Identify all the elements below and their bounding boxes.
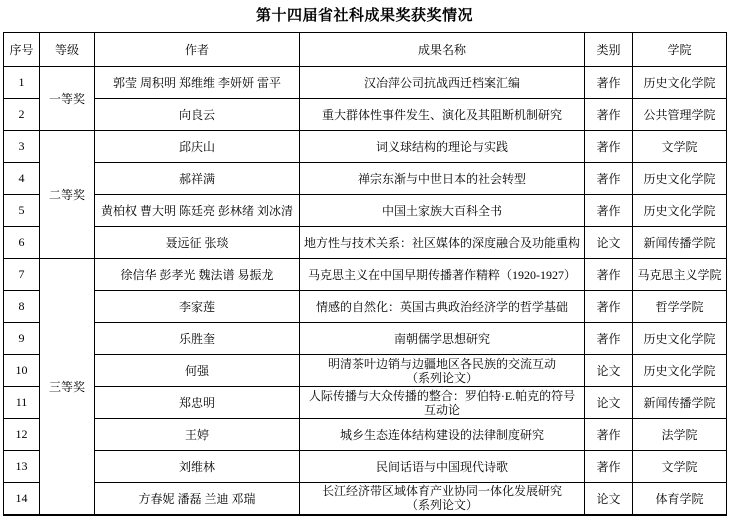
- cell-work: 词义球结构的理论与实践: [300, 131, 585, 163]
- table-row: 8 李家莲 情感的自然化：英国古典政治经济学的哲学基础 著作 哲学学院: [4, 291, 727, 323]
- table-row: 12 王婷 城乡生态连体结构建设的法律制度研究 著作 法学院: [4, 419, 727, 451]
- cell-authors: 向良云: [95, 99, 300, 131]
- awards-table: 序号 等级 作者 成果名称 类别 学院 1 一等奖 郭莹 周积明 郑维维 李妍妍…: [3, 32, 727, 516]
- header-no: 序号: [4, 33, 40, 67]
- cell-grade: 三等奖: [40, 259, 95, 515]
- cell-category: 论文: [585, 227, 633, 259]
- cell-authors: 黄柏权 曹大明 陈廷亮 彭林绪 刘冰清: [95, 195, 300, 227]
- cell-category: 论文: [585, 387, 633, 419]
- cell-category: 著作: [585, 259, 633, 291]
- cell-authors: 方春妮 潘磊 兰迪 邓瑞: [95, 483, 300, 515]
- cell-category: 论文: [585, 483, 633, 515]
- cell-college: 马克思主义学院: [633, 259, 727, 291]
- cell-category: 著作: [585, 323, 633, 355]
- header-work: 成果名称: [300, 33, 585, 67]
- cell-no: 5: [4, 195, 40, 227]
- cell-work: 城乡生态连体结构建设的法律制度研究: [300, 419, 585, 451]
- cell-no: 6: [4, 227, 40, 259]
- table-header: 序号 等级 作者 成果名称 类别 学院: [4, 33, 727, 67]
- cell-grade: 一等奖: [40, 67, 95, 131]
- cell-work: 明清茶叶边销与边疆地区各民族的交流互动 （系列论文）: [300, 355, 585, 387]
- cell-college: 体育学院: [633, 483, 727, 515]
- cell-authors: 刘维林: [95, 451, 300, 483]
- cell-category: 著作: [585, 451, 633, 483]
- cell-no: 13: [4, 451, 40, 483]
- table-row: 4 郝祥满 禅宗东渐与中世日本的社会转型 著作 历史文化学院: [4, 163, 727, 195]
- table-row: 11 郑忠明 人际传播与大众传播的整合：罗伯特·E.帕克的符号 互动论 论文 新…: [4, 387, 727, 419]
- cell-work: 情感的自然化：英国古典政治经济学的哲学基础: [300, 291, 585, 323]
- cell-work: 汉冶萍公司抗战西迁档案汇编: [300, 67, 585, 99]
- cell-grade: 二等奖: [40, 131, 95, 259]
- cell-no: 8: [4, 291, 40, 323]
- cell-work: 中国土家族大百科全书: [300, 195, 585, 227]
- table-row: 13 刘维林 民间话语与中国现代诗歌 著作 文学院: [4, 451, 727, 483]
- cell-work: 民间话语与中国现代诗歌: [300, 451, 585, 483]
- cell-no: 3: [4, 131, 40, 163]
- cell-authors: 郑忠明: [95, 387, 300, 419]
- table-row: 14 方春妮 潘磊 兰迪 邓瑞 长江经济带区域体育产业协同一体化发展研究 （系列…: [4, 483, 727, 515]
- header-category: 类别: [585, 33, 633, 67]
- cell-authors: 王婷: [95, 419, 300, 451]
- cell-work: 人际传播与大众传播的整合：罗伯特·E.帕克的符号 互动论: [300, 387, 585, 419]
- cell-college: 新闻传播学院: [633, 227, 727, 259]
- cell-no: 7: [4, 259, 40, 291]
- cell-work: 南朝儒学思想研究: [300, 323, 585, 355]
- cell-category: 著作: [585, 99, 633, 131]
- cell-college: 历史文化学院: [633, 195, 727, 227]
- table-row: 6 聂远征 张琰 地方性与技术关系：社区媒体的深度融合及功能重构 论文 新闻传播…: [4, 227, 727, 259]
- cell-authors: 郝祥满: [95, 163, 300, 195]
- cell-no: 4: [4, 163, 40, 195]
- cell-work: 地方性与技术关系：社区媒体的深度融合及功能重构: [300, 227, 585, 259]
- table-row: 7 三等奖 徐信华 彭孝光 魏法谱 易振龙 马克思主义在中国早期传播著作精粹（1…: [4, 259, 727, 291]
- cell-no: 10: [4, 355, 40, 387]
- table-row: 1 一等奖 郭莹 周积明 郑维维 李妍妍 雷平 汉冶萍公司抗战西迁档案汇编 著作…: [4, 67, 727, 99]
- cell-authors: 何强: [95, 355, 300, 387]
- page-title: 第十四届省社科成果奖获奖情况: [0, 7, 729, 25]
- cell-no: 14: [4, 483, 40, 515]
- cell-category: 著作: [585, 419, 633, 451]
- header-grade: 等级: [40, 33, 95, 67]
- cell-category: 著作: [585, 131, 633, 163]
- table-row: 9 乐胜奎 南朝儒学思想研究 著作 历史文化学院: [4, 323, 727, 355]
- cell-college: 哲学学院: [633, 291, 727, 323]
- table-row: 10 何强 明清茶叶边销与边疆地区各民族的交流互动 （系列论文） 论文 历史文化…: [4, 355, 727, 387]
- cell-category: 著作: [585, 163, 633, 195]
- cell-authors: 徐信华 彭孝光 魏法谱 易振龙: [95, 259, 300, 291]
- cell-authors: 邱庆山: [95, 131, 300, 163]
- cell-no: 2: [4, 99, 40, 131]
- cell-authors: 李家莲: [95, 291, 300, 323]
- cell-no: 1: [4, 67, 40, 99]
- cell-authors: 郭莹 周积明 郑维维 李妍妍 雷平: [95, 67, 300, 99]
- cell-college: 历史文化学院: [633, 355, 727, 387]
- cell-college: 法学院: [633, 419, 727, 451]
- cell-work: 马克思主义在中国早期传播著作精粹（1920-1927）: [300, 259, 585, 291]
- cell-no: 9: [4, 323, 40, 355]
- cell-work: 禅宗东渐与中世日本的社会转型: [300, 163, 585, 195]
- header-row: 序号 等级 作者 成果名称 类别 学院: [4, 33, 727, 67]
- cell-authors: 乐胜奎: [95, 323, 300, 355]
- cell-college: 历史文化学院: [633, 163, 727, 195]
- table-row: 2 向良云 重大群体性事件发生、演化及其阻断机制研究 著作 公共管理学院: [4, 99, 727, 131]
- cell-college: 新闻传播学院: [633, 387, 727, 419]
- cell-college: 历史文化学院: [633, 67, 727, 99]
- header-college: 学院: [633, 33, 727, 67]
- cell-work: 重大群体性事件发生、演化及其阻断机制研究: [300, 99, 585, 131]
- cell-college: 文学院: [633, 131, 727, 163]
- cell-college: 文学院: [633, 451, 727, 483]
- table-row: 5 黄柏权 曹大明 陈廷亮 彭林绪 刘冰清 中国土家族大百科全书 著作 历史文化…: [4, 195, 727, 227]
- cell-category: 论文: [585, 355, 633, 387]
- cell-category: 著作: [585, 67, 633, 99]
- cell-category: 著作: [585, 195, 633, 227]
- table-row: 3 二等奖 邱庆山 词义球结构的理论与实践 著作 文学院: [4, 131, 727, 163]
- cell-no: 11: [4, 387, 40, 419]
- cell-work: 长江经济带区域体育产业协同一体化发展研究 （系列论文）: [300, 483, 585, 515]
- cell-authors: 聂远征 张琰: [95, 227, 300, 259]
- cell-no: 12: [4, 419, 40, 451]
- cell-college: 历史文化学院: [633, 323, 727, 355]
- header-authors: 作者: [95, 33, 300, 67]
- cell-category: 著作: [585, 291, 633, 323]
- cell-college: 公共管理学院: [633, 99, 727, 131]
